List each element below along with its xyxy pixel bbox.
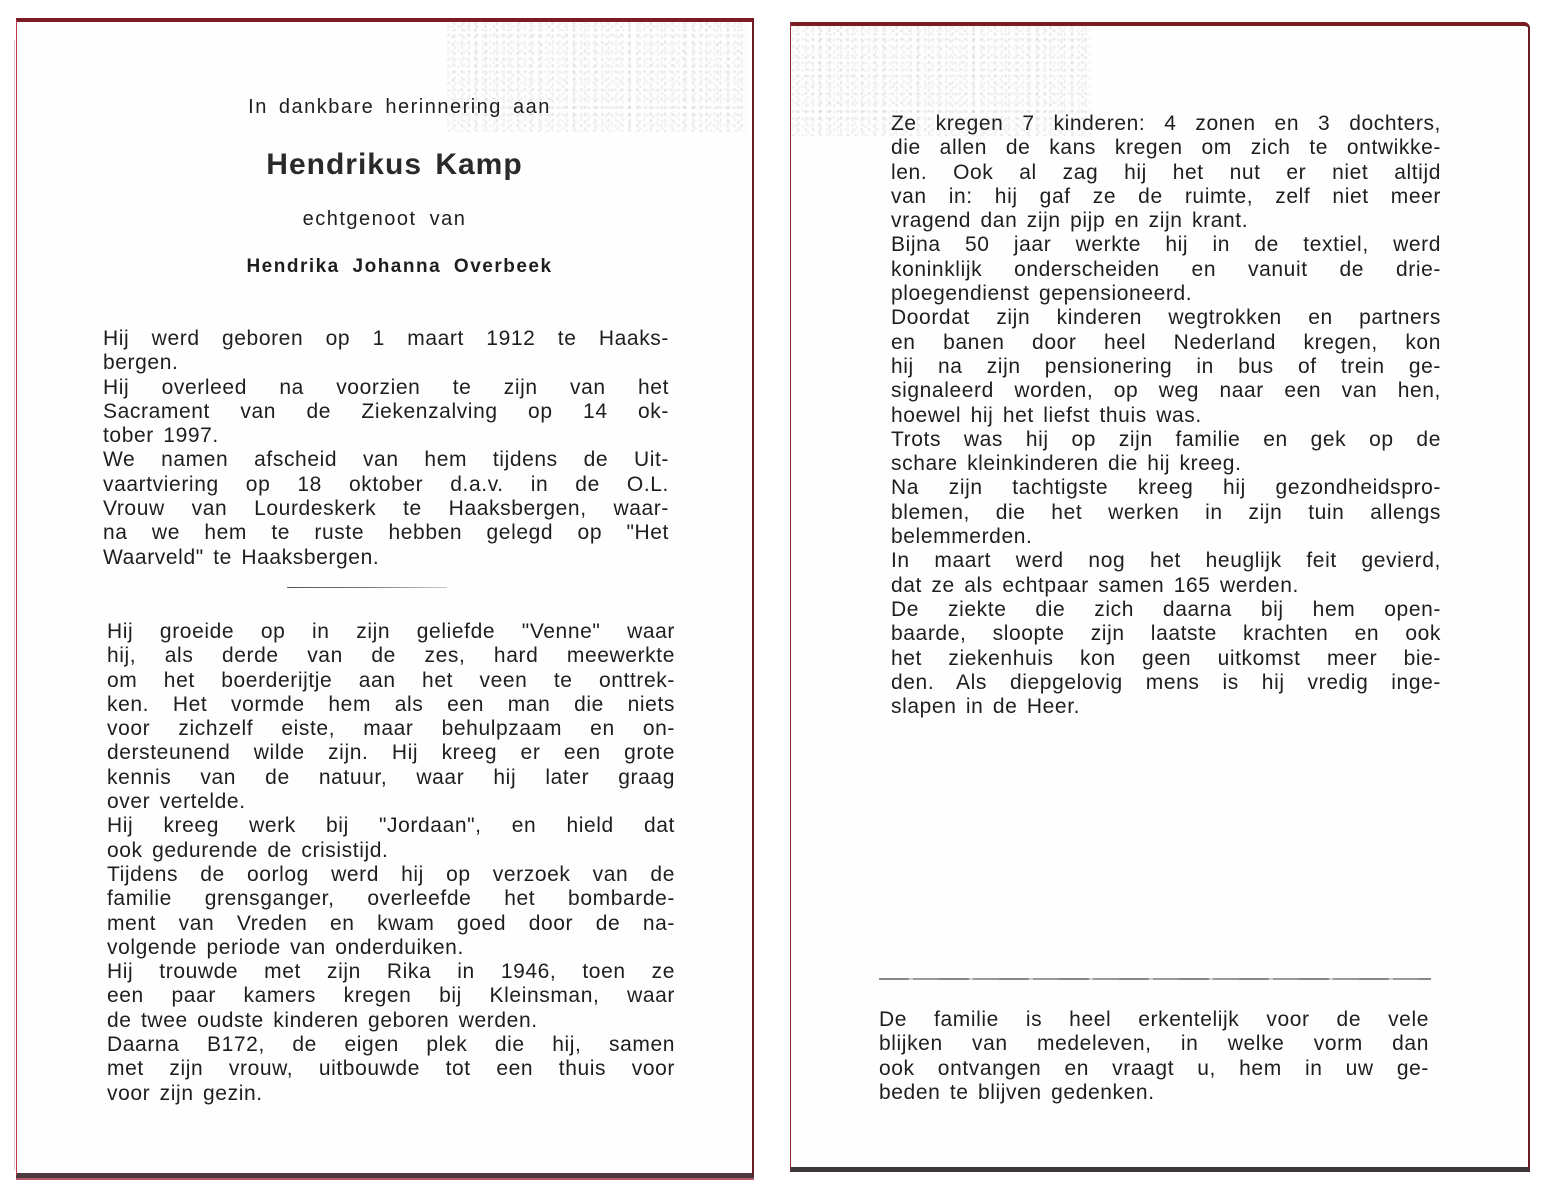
text-line: belemmerden.: [891, 525, 1441, 549]
text-line: vaartviering op 18 oktober d.a.v. in de …: [103, 473, 669, 497]
text-line: Sacrament van de Ziekenzalving op 14 ok-: [103, 400, 669, 424]
text-line: hij, als derde van de zes, hard meewerkt…: [107, 644, 675, 668]
text-line: voor zijn gezin.: [107, 1082, 675, 1106]
text-line: tober 1997.: [103, 424, 669, 448]
text-line: hij na zijn pensionering in bus of trein…: [891, 355, 1441, 379]
text-line: Bijna 50 jaar werkte hij in de textiel, …: [891, 233, 1441, 257]
text-line: Hij overleed na voorzien te zijn van het: [103, 376, 669, 400]
paragraph: Hij overleed na voorzien te zijn van het…: [103, 376, 669, 449]
paragraph: De familie is heel erkentelijk voor de v…: [879, 1008, 1429, 1105]
family-thanks: De familie is heel erkentelijk voor de v…: [879, 1008, 1429, 1105]
text-line: Hij kreeg werk bij "Jordaan", en hield d…: [107, 814, 675, 838]
text-line: blijken van medeleven, in welke vorm dan: [879, 1032, 1429, 1056]
text-line: om het boerderijtje aan het veen te ontt…: [107, 669, 675, 693]
text-line: na we hem te ruste hebben gelegd op "Het: [103, 521, 669, 545]
paragraph: Hij kreeg werk bij "Jordaan", en hield d…: [107, 814, 675, 863]
text-line: den. Als diepgelovig mens is hij vredig …: [891, 671, 1441, 695]
text-line: We namen afscheid van hem tijdens de Uit…: [103, 448, 669, 472]
memorial-card-front-panel: In dankbare herinnering aan Hendrikus Ka…: [16, 18, 754, 1178]
paragraph: Trots was hij op zijn familie en gek op …: [891, 428, 1441, 477]
text-line: In maart werd nog het heuglijk feit gevi…: [891, 549, 1441, 573]
text-line: len. Ook al zag hij het nut er niet alti…: [891, 161, 1441, 185]
text-line: hoewel hij het liefst thuis was.: [891, 404, 1441, 428]
text-line: Hij groeide op in zijn geliefde "Venne" …: [107, 620, 675, 644]
text-line: een paar kamers kregen bij Kleinsman, wa…: [107, 984, 675, 1008]
text-line: Hij trouwde met zijn Rika in 1946, toen …: [107, 960, 675, 984]
section-divider: [287, 587, 447, 588]
text-line: De familie is heel erkentelijk voor de v…: [879, 1008, 1429, 1032]
text-line: ook ontvangen en vraagt u, hem in uw ge-: [879, 1057, 1429, 1081]
text-line: dat ze als echtpaar samen 165 werden.: [891, 574, 1441, 598]
paragraph: Doordat zijn kinderen wegtrokken en part…: [891, 306, 1441, 427]
relation-line: echtgenoot van: [17, 208, 752, 231]
text-line: baarde, sloopte zijn laatste krachten en…: [891, 622, 1441, 646]
biography-facts: Hij werd geboren op 1 maart 1912 te Haak…: [103, 327, 669, 570]
life-story: Hij groeide op in zijn geliefde "Venne" …: [107, 620, 675, 1106]
paragraph: De ziekte die zich daarna bij hem open-b…: [891, 598, 1441, 719]
text-line: beden te blijven gedenken.: [879, 1081, 1429, 1105]
text-line: dersteunend wilde zijn. Hij kreeg er een…: [107, 741, 675, 765]
text-line: slapen in de Heer.: [891, 695, 1441, 719]
text-line: ploegendienst gepensioneerd.: [891, 282, 1441, 306]
text-line: die allen de kans kregen om zich te ontw…: [891, 136, 1441, 160]
text-line: Doordat zijn kinderen wegtrokken en part…: [891, 306, 1441, 330]
margin-mark: [14, 40, 15, 1170]
paragraph: Hij trouwde met zijn Rika in 1946, toen …: [107, 960, 675, 1033]
text-line: Vrouw van Lourdeskerk te Haaksbergen, wa…: [103, 497, 669, 521]
spouse-name: Hendrika Johanna Overbeek: [17, 256, 752, 278]
text-line: en banen door heel Nederland kregen, kon: [891, 331, 1441, 355]
text-line: koninklijk onderscheiden en vanuit de dr…: [891, 258, 1441, 282]
paragraph: In maart werd nog het heuglijk feit gevi…: [891, 549, 1441, 598]
text-line: Trots was hij op zijn familie en gek op …: [891, 428, 1441, 452]
deceased-name: Hendrikus Kamp: [17, 148, 752, 182]
section-divider: [879, 978, 1431, 980]
paragraph: Hij groeide op in zijn geliefde "Venne" …: [107, 620, 675, 814]
text-line: blemen, die het werken in zijn tuin alle…: [891, 501, 1441, 525]
text-line: de twee oudste kinderen geboren werden.: [107, 1009, 675, 1033]
text-line: De ziekte die zich daarna bij hem open-: [891, 598, 1441, 622]
text-line: signaleerd worden, op weg naar een van h…: [891, 379, 1441, 403]
paragraph: Hij werd geboren op 1 maart 1912 te Haak…: [103, 327, 669, 376]
text-line: van in: hij gaf ze de ruimte, zelf niet …: [891, 185, 1441, 209]
memorial-card-back-panel: Ze kregen 7 kinderen: 4 zonen en 3 docht…: [790, 22, 1530, 1172]
text-line: het ziekenhuis kon geen uitkomst meer bi…: [891, 647, 1441, 671]
paragraph: Tijdens de oorlog werd hij op verzoek va…: [107, 863, 675, 960]
paragraph: Ze kregen 7 kinderen: 4 zonen en 3 docht…: [891, 112, 1441, 233]
paragraph: Na zijn tachtigste kreeg hij gezondheids…: [891, 476, 1441, 549]
dedication-line: In dankbare herinnering aan: [17, 96, 752, 119]
text-line: schare kleinkinderen die hij kreeg.: [891, 452, 1441, 476]
paragraph: Bijna 50 jaar werkte hij in de textiel, …: [891, 233, 1441, 306]
text-line: Daarna B172, de eigen plek die hij, same…: [107, 1033, 675, 1057]
text-line: met zijn vrouw, uitbouwde tot een thuis …: [107, 1057, 675, 1081]
text-line: over vertelde.: [107, 790, 675, 814]
text-line: Waarveld" te Haaksbergen.: [103, 546, 669, 570]
text-line: kennis van de natuur, waar hij later gra…: [107, 766, 675, 790]
text-line: Tijdens de oorlog werd hij op verzoek va…: [107, 863, 675, 887]
text-line: ment van Vreden en kwam goed door de na-: [107, 912, 675, 936]
text-line: ken. Het vormde hem als een man die niet…: [107, 693, 675, 717]
paragraph: Daarna B172, de eigen plek die hij, same…: [107, 1033, 675, 1106]
text-line: familie grensganger, overleefde het bomb…: [107, 887, 675, 911]
text-line: bergen.: [103, 351, 669, 375]
paragraph: We namen afscheid van hem tijdens de Uit…: [103, 448, 669, 569]
text-line: Ze kregen 7 kinderen: 4 zonen en 3 docht…: [891, 112, 1441, 136]
text-line: ook gedurende de crisistijd.: [107, 839, 675, 863]
text-line: voor zichzelf eiste, maar behulpzaam en …: [107, 717, 675, 741]
text-line: vragend dan zijn pijp en zijn krant.: [891, 209, 1441, 233]
text-line: volgende periode van onderduiken.: [107, 936, 675, 960]
life-story-continued: Ze kregen 7 kinderen: 4 zonen en 3 docht…: [891, 112, 1441, 719]
text-line: Hij werd geboren op 1 maart 1912 te Haak…: [103, 327, 669, 351]
text-line: Na zijn tachtigste kreeg hij gezondheids…: [891, 476, 1441, 500]
